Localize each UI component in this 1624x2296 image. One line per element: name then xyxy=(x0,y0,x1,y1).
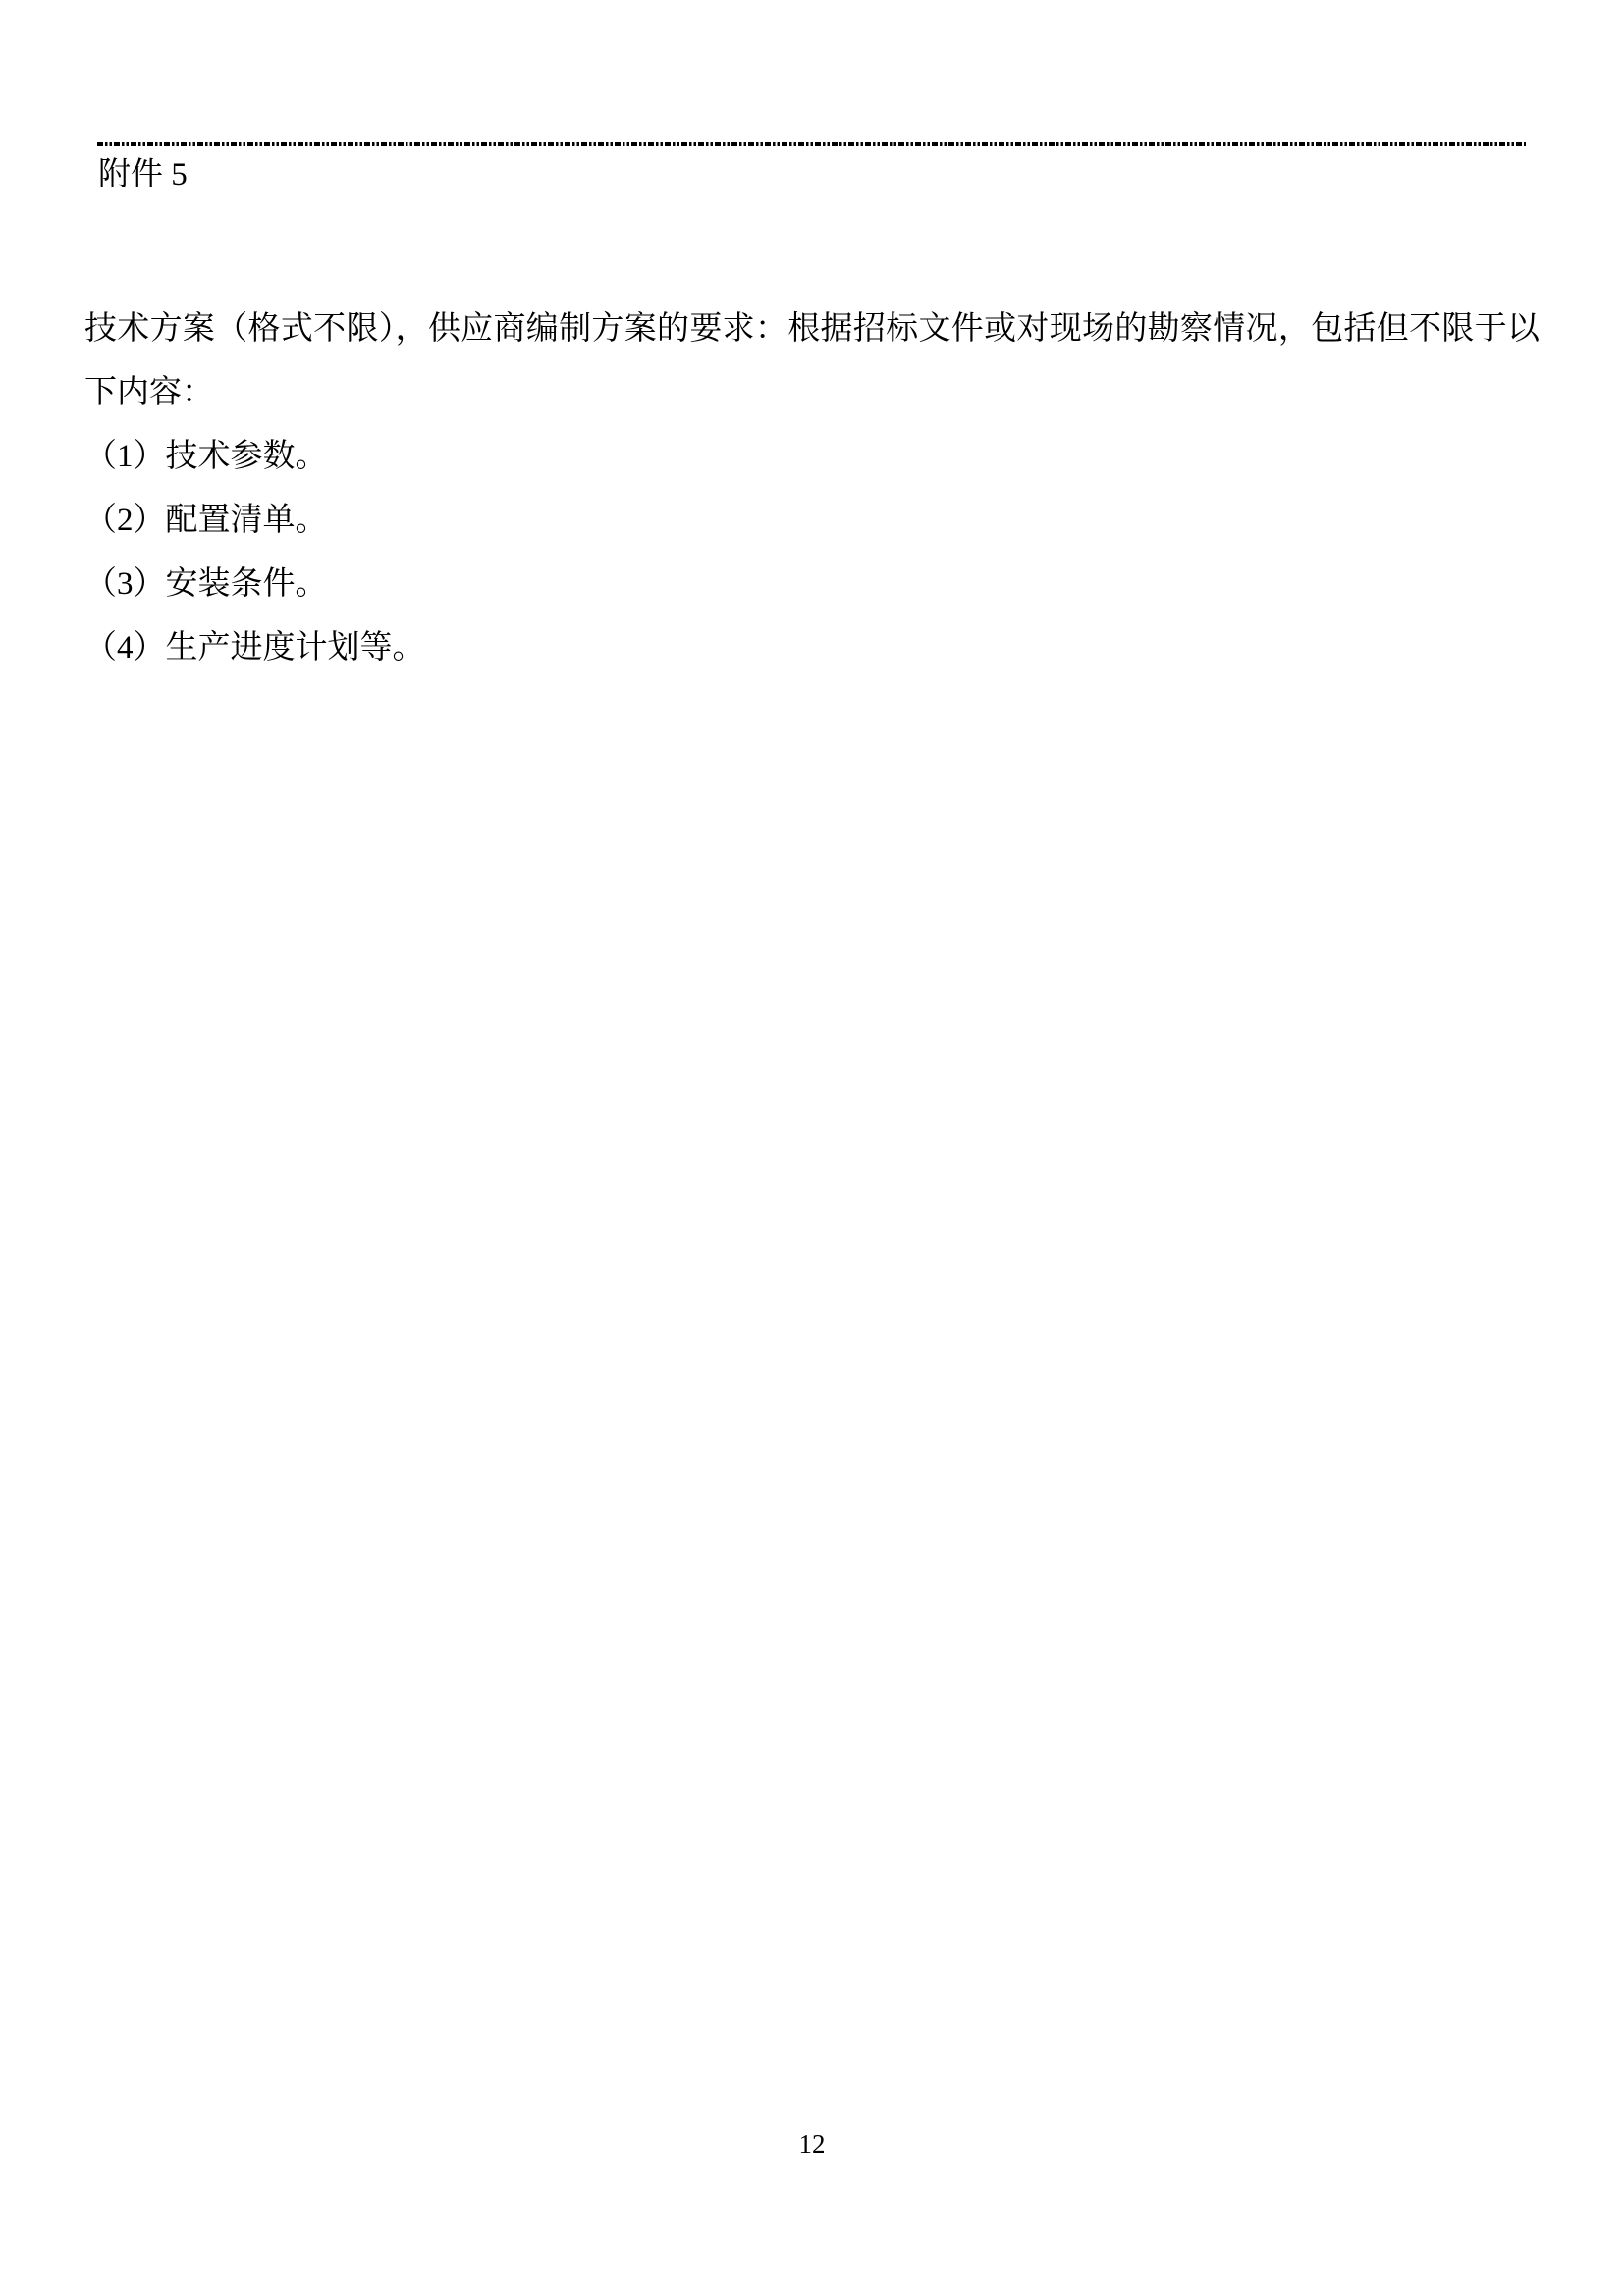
list-item-technical-parameters: （1）技术参数。 xyxy=(84,425,1540,489)
document-page: 附件 5 技术方案（格式不限），供应商编制方案的要求：根据招标文件或对现场的勘察… xyxy=(0,0,1624,2296)
document-body: 技术方案（格式不限），供应商编制方案的要求：根据招标文件或对现场的勘察情况，包括… xyxy=(84,297,1540,680)
page-number: 12 xyxy=(0,2128,1624,2160)
list-item-installation-conditions: （3）安装条件。 xyxy=(84,553,1540,616)
header-divider-dashed xyxy=(97,142,1526,146)
intro-paragraph: 技术方案（格式不限），供应商编制方案的要求：根据招标文件或对现场的勘察情况，包括… xyxy=(84,297,1540,425)
list-item-production-schedule: （4）生产进度计划等。 xyxy=(84,616,1540,680)
attachment-label: 附件 5 xyxy=(98,155,188,194)
list-item-configuration-list: （2）配置清单。 xyxy=(84,489,1540,553)
